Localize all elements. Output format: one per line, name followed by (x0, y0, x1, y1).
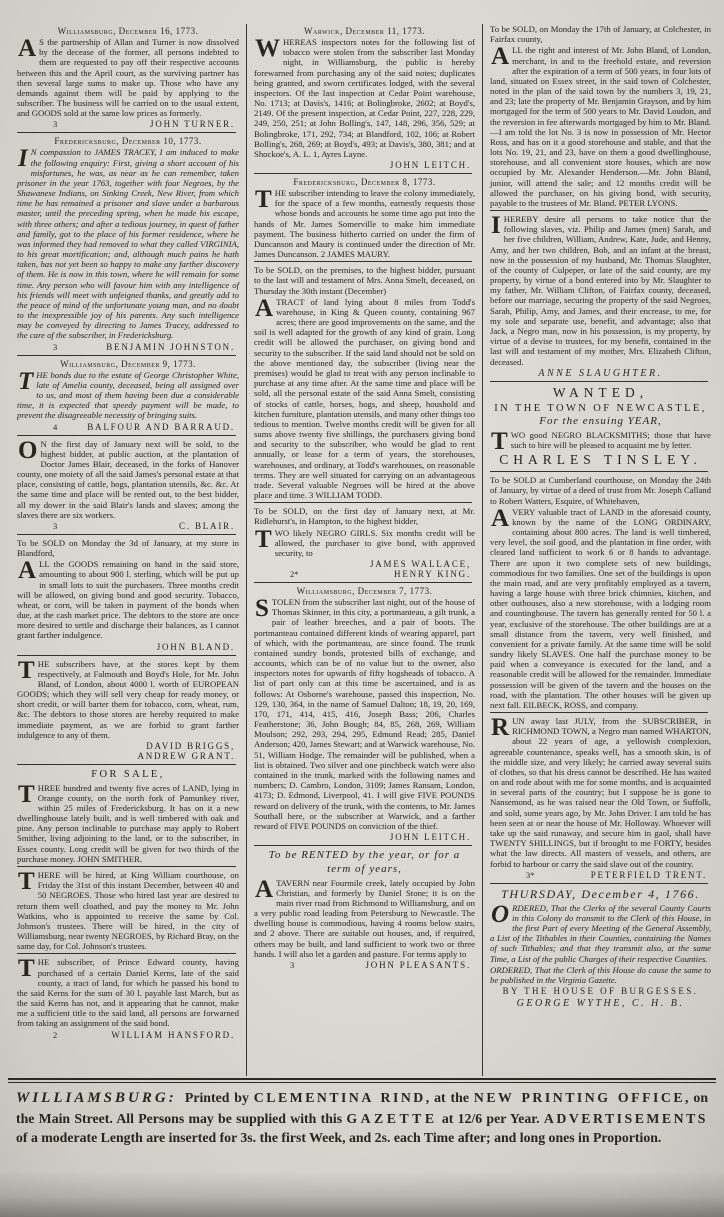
article: THE subscriber, of Prince Edward county,… (17, 957, 239, 1040)
article-body: ORDERED, That the Clerks of the several … (490, 903, 711, 964)
ad-run-count: 3 (53, 521, 57, 531)
separator-rule (254, 502, 472, 503)
drop-cap: T (254, 188, 275, 210)
article-body: ALL the right and interest of Mr. John B… (490, 45, 711, 208)
column-1: Williamsburg, December 16, 1773.AS the p… (10, 24, 246, 1076)
imprint-part: of a moderate Length are inserted for 3s… (16, 1130, 661, 1145)
article: To be SOLD at Cumberland courthouse, on … (490, 475, 711, 710)
separator-rule (17, 655, 236, 656)
drop-cap: A (17, 37, 39, 59)
article: To be SOLD on Monday the 3d of January, … (17, 538, 239, 653)
drop-cap: T (17, 370, 36, 392)
article: WANTED,IN THE TOWN OF NEWCASTLE,For the … (490, 385, 711, 469)
article-heading: THURSDAY, December 4, 1766. (490, 887, 711, 902)
article-body: WHEREAS inspectors notes for the followi… (254, 37, 475, 159)
article-intro: To be SOLD at Cumberland courthouse, on … (490, 475, 711, 506)
signature: 3JOHN PLEASANTS. (254, 960, 475, 971)
drop-cap: O (17, 439, 40, 461)
signature: 3*PETERFIELD TRENT. (490, 870, 711, 881)
article-heading: CHARLES TINSLEY. (490, 452, 711, 469)
imprint-part: , at the (426, 1090, 474, 1105)
imprint-rule-top (8, 1078, 716, 1080)
separator-rule (17, 764, 236, 765)
signature: DAVID BRIGGS,ANDREW GRANT. (17, 741, 239, 762)
imprint-part: WILLIAMSBURG: (16, 1090, 185, 1106)
article-body: RUN away last JULY, from the SUBSCRIBER,… (490, 716, 711, 869)
article-body: AS the partnership of Allan and Turner i… (17, 37, 239, 118)
article-body: TWO likely NEGRO GIRLS. Six months credi… (254, 528, 475, 559)
drop-cap: R (490, 716, 512, 738)
columns-container: Williamsburg, December 16, 1773.AS the p… (0, 0, 724, 1076)
separator-rule (17, 866, 236, 867)
article-body: THREE hundred and twenty five acres of L… (17, 783, 239, 864)
article-intro: ORDERED, That the Clerk of this House do… (490, 965, 711, 985)
drop-cap: I (490, 214, 504, 236)
article: Williamsburg, December 9, 1773.THE bonds… (17, 359, 239, 433)
article-body: THE bonds due to the estate of George Ch… (17, 370, 239, 421)
article: THERE will be hired, at King William cou… (17, 870, 239, 951)
drop-cap: T (490, 430, 511, 452)
signature-name: JOHN BLAND. (157, 642, 235, 652)
signature-name: PETERFIELD TRENT. (591, 870, 707, 880)
article: Fredericksburg, December 8, 1773.THE sub… (254, 177, 475, 259)
article: FOR SALE,THREE hundred and twenty five a… (17, 768, 239, 864)
drop-cap: A (490, 45, 512, 67)
article-dateline: Williamsburg, December 9, 1773. (17, 359, 239, 369)
signature: JOHN LEITCH. (254, 160, 475, 171)
drop-cap: A (17, 559, 39, 581)
article-body: ON the first day of January next will be… (17, 439, 239, 520)
article: ON the first day of January next will be… (17, 439, 239, 532)
signature: 3BENJAMIN JOHNSTON. (17, 342, 239, 353)
article-body: ATRACT of land lying about 8 miles from … (254, 297, 475, 500)
signature-name: BENJAMIN JOHNSTON. (106, 342, 235, 352)
ad-run-count: 3 (53, 342, 57, 352)
signature-name: WILLIAM HANSFORD. (111, 1030, 235, 1040)
imprint-part: ADVERTISEMENTS (544, 1111, 708, 1126)
separator-rule (490, 210, 708, 211)
separator-rule (490, 471, 708, 472)
signature: 2*JAMES WALLACE,HENRY KING. (254, 559, 475, 580)
signature-name: JAMES WALLACE, (370, 559, 471, 569)
separator-rule (254, 582, 472, 583)
drop-cap: W (254, 37, 283, 59)
separator-rule (17, 534, 236, 535)
separator-rule (490, 883, 708, 884)
signature-name: BALFOUR AND BARRAUD. (87, 422, 235, 432)
imprint-part: Printed by (185, 1090, 254, 1105)
drop-cap: T (17, 870, 38, 892)
article-intro: To be SOLD, on Monday the 17th of Januar… (490, 24, 711, 44)
article-body: IHEREBY desire all persons to take notic… (490, 214, 711, 367)
signature: 4BALFOUR AND BARRAUD. (17, 422, 239, 433)
signature: JOHN LEITCH. (254, 832, 475, 843)
separator-rule (490, 381, 708, 382)
article-intro: To be SOLD, on the premises, to the high… (254, 265, 475, 296)
separator-rule (17, 953, 236, 954)
imprint-part: GAZETTE (346, 1111, 437, 1126)
article-line: ANNE SLAUGHTER. (490, 368, 711, 379)
ad-run-count: 2* (290, 569, 299, 579)
article: Fredericksburg, December 10, 1773.IN com… (17, 136, 239, 352)
drop-cap: O (490, 903, 512, 925)
article-body: THE subscribers have, at the stores kept… (17, 659, 239, 740)
ad-run-count: 4 (53, 422, 57, 432)
drop-cap: A (254, 297, 276, 319)
signature: 3C. BLAIR. (17, 521, 239, 532)
article: Warwick, December 11, 1773.WHEREAS inspe… (254, 26, 475, 171)
imprint-part: at 12/6 per Year. (438, 1111, 544, 1126)
drop-cap: T (17, 957, 38, 979)
article-line: BY THE HOUSE OF BURGESSES. (490, 986, 711, 998)
signature: 3JOHN TURNER. (17, 119, 239, 130)
newspaper-page: Williamsburg, December 16, 1773.AS the p… (0, 0, 724, 1217)
ad-run-count: 3* (526, 870, 535, 880)
signature-name: HENRY KING. (370, 569, 471, 579)
article: IHEREBY desire all persons to take notic… (490, 214, 711, 379)
article-dateline: Fredericksburg, December 8, 1773. (254, 177, 475, 187)
article: To be SOLD, on Monday the 17th of Januar… (490, 24, 711, 208)
signature-name: JOHN PLEASANTS. (365, 960, 471, 970)
article-body: TWO good NEGRO BLACKSMITHS; those that h… (490, 430, 711, 450)
separator-rule (17, 132, 236, 133)
drop-cap: A (254, 878, 276, 900)
column-3: To be SOLD, on Monday the 17th of Januar… (482, 24, 718, 1076)
signature-name: DAVID BRIGGS, (137, 741, 235, 751)
article-body: ATAVERN near Fourmile creek, lately occu… (254, 878, 475, 959)
imprint-part: NEW PRINTING OFFICE (474, 1090, 685, 1105)
article-body: IN compassion to JAMES TRACEY, I am indu… (17, 147, 239, 340)
signature-name: ANDREW GRANT. (137, 751, 235, 761)
separator-rule (254, 173, 472, 174)
article: Williamsburg, December 16, 1773.AS the p… (17, 26, 239, 130)
imprint-text: WILLIAMSBURG: Printed by CLEMENTINA RIND… (0, 1083, 724, 1148)
article: To be RENTED by the year, or for aterm o… (254, 849, 475, 971)
separator-rule (17, 435, 236, 436)
article: To be SOLD, on the premises, to the high… (254, 265, 475, 500)
article-body: STOLEN from the subscriber last night, o… (254, 597, 475, 831)
article-dateline: Williamsburg, December 16, 1773. (17, 26, 239, 36)
drop-cap: T (254, 528, 275, 550)
article: THE subscribers have, at the stores kept… (17, 659, 239, 762)
drop-cap: I (17, 147, 31, 169)
article-heading: To be RENTED by the year, or for aterm o… (254, 849, 475, 877)
separator-rule (17, 355, 236, 356)
signature: JOHN BLAND. (17, 642, 239, 653)
article-body: THERE will be hired, at King William cou… (17, 870, 239, 951)
article-body: AVERY valuable tract of LAND in the afor… (490, 507, 711, 710)
drop-cap: A (490, 507, 512, 529)
signature: 2WILLIAM HANSFORD. (17, 1030, 239, 1041)
separator-rule (490, 712, 708, 713)
article-body: THE subscriber intending to leave the co… (254, 188, 475, 259)
article-dateline: Fredericksburg, December 10, 1773. (17, 136, 239, 146)
article-dateline: Williamsburg, December 7, 1773. (254, 586, 475, 596)
ad-run-count: 3 (290, 960, 294, 970)
ad-run-count: 2 (53, 1030, 57, 1040)
article-body: ALL the GOODS remaining on hand in the s… (17, 559, 239, 640)
article-intro: To be SOLD on Monday the 3d of January, … (17, 538, 239, 558)
imprint-part: CLEMENTINA RIND (254, 1090, 426, 1105)
article-heading: FOR SALE, (17, 768, 239, 782)
drop-cap: T (17, 783, 38, 805)
article: THURSDAY, December 4, 1766.ORDERED, That… (490, 887, 711, 1009)
ad-run-count: 3 (53, 119, 57, 129)
article-body: THE subscriber, of Prince Edward county,… (17, 957, 239, 1028)
column-2: Warwick, December 11, 1773.WHEREAS inspe… (246, 24, 482, 1076)
article-heading: WANTED,IN THE TOWN OF NEWCASTLE,For the … (490, 385, 711, 429)
article-dateline: Warwick, December 11, 1773. (254, 26, 475, 36)
article: To be SOLD, on the first day of January … (254, 506, 475, 580)
article: Williamsburg, December 7, 1773.STOLEN fr… (254, 586, 475, 843)
signature-name: JOHN LEITCH. (390, 832, 471, 842)
article-line: GEORGE WYTHE, C. H. B. (490, 998, 711, 1009)
article: RUN away last JULY, from the SUBSCRIBER,… (490, 716, 711, 881)
signature-name: JOHN TURNER. (150, 119, 235, 129)
drop-cap: T (17, 659, 38, 681)
separator-rule (254, 845, 472, 846)
article-intro: To be SOLD, on the first day of January … (254, 506, 475, 526)
drop-cap: S (254, 597, 272, 619)
separator-rule (254, 261, 472, 262)
signature-name: C. BLAIR. (179, 521, 235, 531)
signature-name: JOHN LEITCH. (390, 160, 471, 170)
